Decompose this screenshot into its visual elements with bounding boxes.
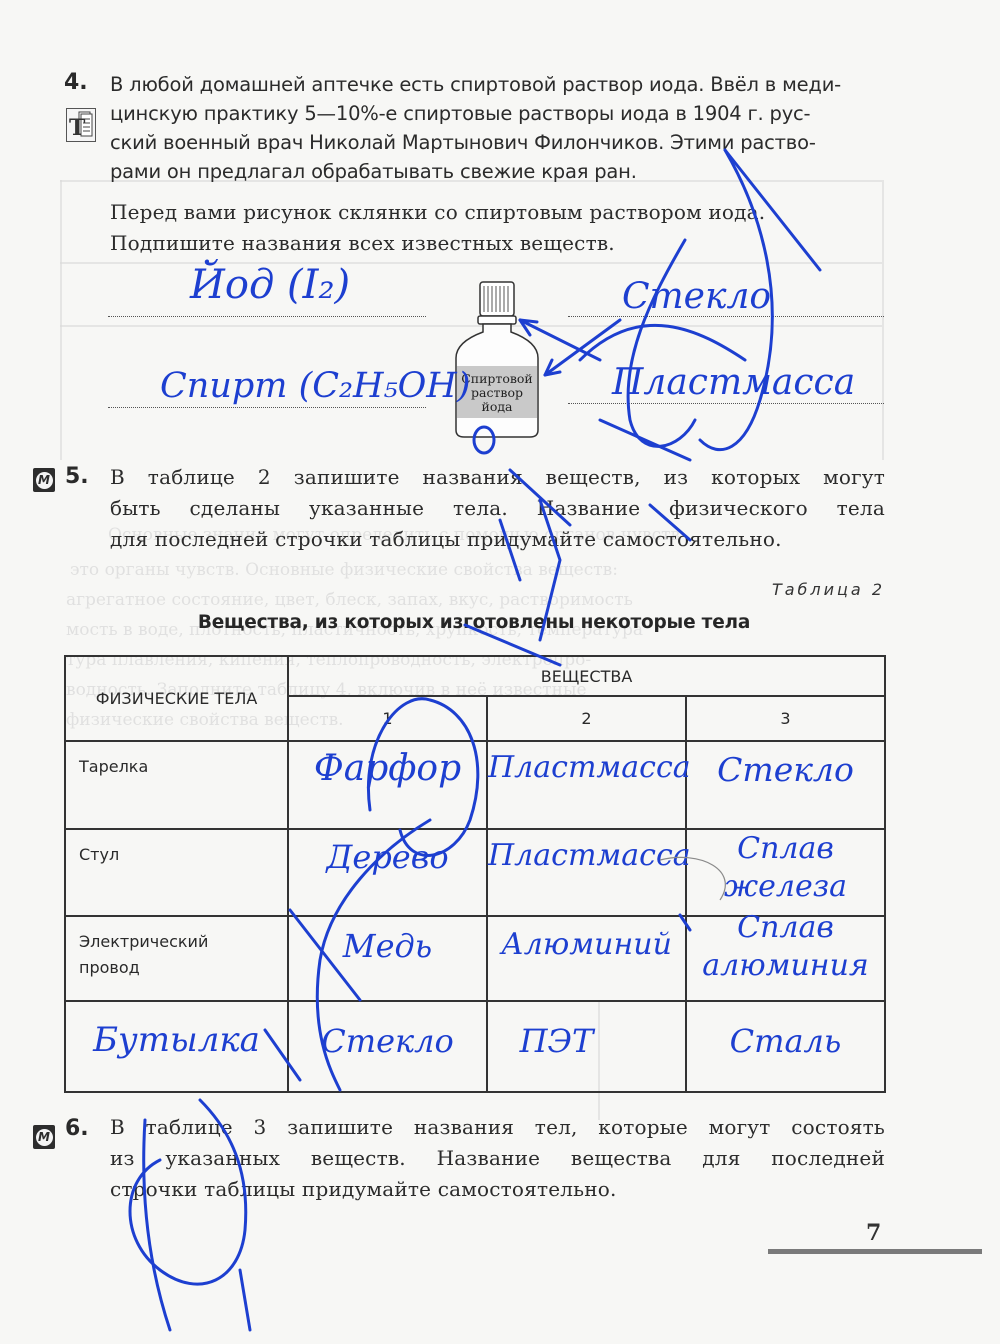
answer-cell[interactable]: Сталь xyxy=(686,1001,885,1092)
answer-cell[interactable]: Стекло xyxy=(686,741,885,829)
answer-cell[interactable]: Медь xyxy=(288,916,487,1001)
answer-cell[interactable]: Пластмасса xyxy=(487,829,686,916)
row-label: Тарелка xyxy=(65,741,288,829)
answer-cell[interactable]: Бутылка xyxy=(65,1001,288,1092)
handwritten-answer-plastic: Пластмасса xyxy=(612,362,855,403)
ghost-text: агрегатное состояние, цвет, блеск, запах… xyxy=(66,590,633,610)
handwritten-answer: Сплав железа xyxy=(687,830,884,906)
table-row: Стул Дерево Пластмасса Сплав железа xyxy=(65,829,885,916)
handwritten-answer: ПЭТ xyxy=(488,1022,685,1060)
text-line: из указанных веществ. Название вещества … xyxy=(110,1143,885,1174)
task-4-instruction: Перед вами рисунок склянки со спиртовым … xyxy=(110,197,885,259)
column-header-1: 1 xyxy=(288,696,487,741)
answer-cell[interactable]: Сплав алюминия xyxy=(686,916,885,1001)
column-header-3: 3 xyxy=(686,696,885,741)
page-number: 7 xyxy=(866,1220,881,1246)
answer-cell[interactable]: Алюминий xyxy=(487,916,686,1001)
text-line: В таблице 3 запишите названия тел, котор… xyxy=(110,1112,885,1143)
handwritten-answer: Медь xyxy=(289,927,486,965)
handwritten-answer-body: Бутылка xyxy=(66,1020,287,1060)
ghost-rule xyxy=(60,262,882,264)
text-line: быть сделаны указанные тела. Название фи… xyxy=(110,493,885,524)
handwritten-answer-iodine: Йод (I₂) xyxy=(190,262,350,308)
header-physical-bodies: ФИЗИЧЕСКИЕ ТЕЛА xyxy=(65,656,288,741)
text-line: Подпишите названия всех известных вещест… xyxy=(110,228,885,259)
handwritten-answer: Алюминий xyxy=(488,927,685,962)
answer-cell[interactable]: Стекло xyxy=(288,1001,487,1092)
text-line: ский военный врач Николай Мартынович Фил… xyxy=(110,128,885,157)
table-row: Тарелка Фарфор Пластмасса Стекло xyxy=(65,741,885,829)
handwritten-answer: Дерево xyxy=(289,838,486,876)
answer-line-left-bottom[interactable] xyxy=(108,407,426,408)
handwritten-answer-glass: Стекло xyxy=(622,276,771,317)
column-header-2: 2 xyxy=(487,696,686,741)
handwritten-answer: Сплав алюминия xyxy=(687,909,884,985)
text-document-icon: T xyxy=(66,108,96,142)
header-substances: ВЕЩЕСТВА xyxy=(288,656,885,696)
answer-cell[interactable]: Дерево xyxy=(288,829,487,916)
m-badge-icon: М xyxy=(33,1125,55,1149)
ghost-rule xyxy=(60,180,62,460)
m-badge-letter: М xyxy=(36,472,53,489)
table-caption: Таблица 2 xyxy=(772,580,885,599)
ghost-text: это органы чувств. Основные физические с… xyxy=(70,560,618,580)
m-badge-icon: М xyxy=(33,468,55,492)
text-line: В таблице 2 запишите названия веществ, и… xyxy=(110,462,885,493)
handwritten-answer-alcohol: Спирт (C₂H₅OH) xyxy=(160,366,470,406)
task-4-text: В любой домашней аптечке есть спиртовой … xyxy=(110,70,885,186)
handwritten-answer: Сталь xyxy=(687,1022,884,1060)
answer-cell[interactable]: Пластмасса xyxy=(487,741,686,829)
answer-line-left-top[interactable] xyxy=(108,316,426,317)
svg-text:T: T xyxy=(69,115,86,140)
task-number: 4. xyxy=(64,70,88,95)
handwritten-answer: Стекло xyxy=(687,750,884,789)
task-number: 6. xyxy=(65,1116,89,1141)
table-row: Бутылка Стекло ПЭТ Сталь xyxy=(65,1001,885,1092)
table-row: Электрический провод Медь Алюминий Сплав… xyxy=(65,916,885,1001)
row-label: Электрический провод xyxy=(65,916,288,1001)
substances-table: ФИЗИЧЕСКИЕ ТЕЛА ВЕЩЕСТВА 1 2 3 Тарелка Ф… xyxy=(64,655,886,1093)
task-5-text: В таблице 2 запишите названия веществ, и… xyxy=(110,462,885,555)
answer-cell[interactable]: Сплав железа xyxy=(686,829,885,916)
text-line: для последней строчки таблицы придумайте… xyxy=(110,524,885,555)
text-line: цинскую практику 5—10%-е спиртовые раств… xyxy=(110,99,885,128)
row-label: Стул xyxy=(65,829,288,916)
task-6-text: В таблице 3 запишите названия тел, котор… xyxy=(110,1112,885,1205)
handwritten-answer: Пластмасса xyxy=(488,838,685,873)
handwritten-answer: Фарфор xyxy=(289,748,486,789)
answer-cell[interactable]: Фарфор xyxy=(288,741,487,829)
table-title: Вещества, из которых изготовлены некотор… xyxy=(64,612,884,633)
text-line: строчки таблицы придумайте самостоятельн… xyxy=(110,1174,885,1205)
task-number: 5. xyxy=(65,464,89,489)
footer-rule xyxy=(768,1249,982,1254)
text-line: Перед вами рисунок склянки со спиртовым … xyxy=(110,197,885,228)
iodine-bottle-illustration: Спиртовой раствор йода xyxy=(452,280,542,440)
handwritten-answer: Стекло xyxy=(289,1022,486,1060)
answer-line-right-bottom[interactable] xyxy=(568,403,884,404)
text-line: В любой домашней аптечке есть спиртовой … xyxy=(110,70,885,99)
m-badge-letter: М xyxy=(36,1129,53,1146)
answer-cell[interactable]: ПЭТ xyxy=(487,1001,686,1092)
handwritten-answer: Пластмасса xyxy=(488,750,685,785)
text-line: рами он предлагал обрабатывать свежие кр… xyxy=(110,157,885,186)
